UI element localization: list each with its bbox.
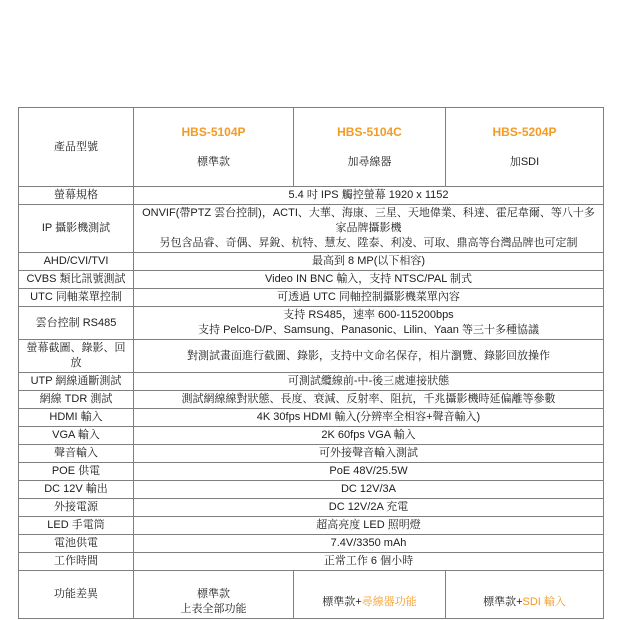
- spec-value: 可透過 UTC 同軸控制攝影機菜單內容: [134, 289, 604, 307]
- spec-label: 網線 TDR 測試: [19, 391, 134, 409]
- spec-label: 螢幕截圖、錄影、回放: [19, 340, 134, 373]
- spec-value: Video IN BNC 輸入，支持 NTSC/PAL 制式: [134, 271, 604, 289]
- diff-plain-text: 標準款 上表全部功能: [181, 588, 247, 615]
- feature-diff-wiretracker: 標準款+尋線器功能: [294, 571, 446, 619]
- spec-label: 工作時間: [19, 553, 134, 571]
- spec-label: VGA 輸入: [19, 427, 134, 445]
- spec-label: AHD/CVI/TVI: [19, 253, 134, 271]
- spec-label: 螢幕規格: [19, 187, 134, 205]
- spec-value: 2K 60fps VGA 輸入: [134, 427, 604, 445]
- feature-diff-row: 功能差異 標準款 上表全部功能 標準款+尋線器功能 標準款+SDI 輸入: [19, 571, 604, 619]
- spec-row: IP 攝影機測試ONVIF(帶PTZ 雲台控制)，ACTI、大華、海康、三星、天…: [19, 205, 604, 253]
- spec-value: 4K 30fps HDMI 輸入(分辨率全相容+聲音輸入): [134, 409, 604, 427]
- spec-value: 測試網線線對狀態、長度、衰減、反射率、阻抗，千兆攝影機時延偏離等參數: [134, 391, 604, 409]
- spec-label: LED 手電筒: [19, 517, 134, 535]
- spec-label: IP 攝影機測試: [19, 205, 134, 253]
- diff-highlight-text: SDI 輸入: [523, 596, 566, 608]
- diff-highlight-text: 尋線器功能: [362, 596, 417, 608]
- spec-row: CVBS 類比訊號測試Video IN BNC 輸入，支持 NTSC/PAL 制…: [19, 271, 604, 289]
- spec-row: UTP 網線通斷測試可測試纜線前-中-後三處連接狀態: [19, 373, 604, 391]
- product-spec-sheet: 產品型號 HBS-5104P 標準款 HBS-5104C 加尋線器 HBS-52…: [18, 107, 603, 619]
- spec-label: UTP 網線通斷測試: [19, 373, 134, 391]
- spec-label: POE 供電: [19, 463, 134, 481]
- model-variant: 標準款: [137, 155, 290, 170]
- diff-plain-text: 標準款+: [322, 596, 361, 608]
- spec-value: PoE 48V/25.5W: [134, 463, 604, 481]
- spec-value: 對測試畫面進行截圖、錄影，支持中文命名保存，相片瀏覽、錄影回放操作: [134, 340, 604, 373]
- spec-value: 正常工作 6 個小時: [134, 553, 604, 571]
- spec-row: 網線 TDR 測試測試網線線對狀態、長度、衰減、反射率、阻抗，千兆攝影機時延偏離…: [19, 391, 604, 409]
- spec-value: 支持 RS485，速率 600-115200bps 支持 Pelco-D/P、S…: [134, 307, 604, 340]
- spec-value: 7.4V/3350 mAh: [134, 535, 604, 553]
- spec-table: 產品型號 HBS-5104P 標準款 HBS-5104C 加尋線器 HBS-52…: [18, 107, 604, 619]
- model-cell-hbs-5204p: HBS-5204P 加SDI: [446, 108, 604, 187]
- feature-diff-sdi: 標準款+SDI 輸入: [446, 571, 604, 619]
- spec-row: POE 供電PoE 48V/25.5W: [19, 463, 604, 481]
- spec-row: 螢幕截圖、錄影、回放對測試畫面進行截圖、錄影，支持中文命名保存，相片瀏覽、錄影回…: [19, 340, 604, 373]
- spec-label: DC 12V 輸出: [19, 481, 134, 499]
- spec-row: 工作時間正常工作 6 個小時: [19, 553, 604, 571]
- model-header-row: 產品型號 HBS-5104P 標準款 HBS-5104C 加尋線器 HBS-52…: [19, 108, 604, 187]
- spec-row: AHD/CVI/TVI最高到 8 MP(以下相容): [19, 253, 604, 271]
- model-cell-hbs-5104p: HBS-5104P 標準款: [134, 108, 294, 187]
- model-variant: 加尋線器: [297, 155, 442, 170]
- spec-value: 5.4 吋 IPS 觸控螢幕 1920 x 1152: [134, 187, 604, 205]
- spec-row: 螢幕規格5.4 吋 IPS 觸控螢幕 1920 x 1152: [19, 187, 604, 205]
- spec-value: 可測試纜線前-中-後三處連接狀態: [134, 373, 604, 391]
- spec-row: DC 12V 輸出DC 12V/3A: [19, 481, 604, 499]
- model-code: HBS-5104C: [297, 124, 442, 140]
- diff-plain-text: 標準款+: [483, 596, 522, 608]
- spec-value: 最高到 8 MP(以下相容): [134, 253, 604, 271]
- spec-row: UTC 同軸菜單控制可透過 UTC 同軸控制攝影機菜單內容: [19, 289, 604, 307]
- spec-label: 雲台控制 RS485: [19, 307, 134, 340]
- spec-row: 電池供電7.4V/3350 mAh: [19, 535, 604, 553]
- spec-row: 聲音輸入可外接聲音輸入測試: [19, 445, 604, 463]
- spec-label: 聲音輸入: [19, 445, 134, 463]
- spec-row: VGA 輸入2K 60fps VGA 輸入: [19, 427, 604, 445]
- spec-row: LED 手電筒超高亮度 LED 照明燈: [19, 517, 604, 535]
- spec-value: DC 12V/3A: [134, 481, 604, 499]
- spec-value: DC 12V/2A 充電: [134, 499, 604, 517]
- spec-label: 外接電源: [19, 499, 134, 517]
- spec-row: 外接電源DC 12V/2A 充電: [19, 499, 604, 517]
- spec-table-body: 產品型號 HBS-5104P 標準款 HBS-5104C 加尋線器 HBS-52…: [19, 108, 604, 619]
- spec-value: ONVIF(帶PTZ 雲台控制)，ACTI、大華、海康、三星、天地偉業、科達、霍…: [134, 205, 604, 253]
- model-code: HBS-5104P: [137, 124, 290, 140]
- model-code: HBS-5204P: [449, 124, 600, 140]
- spec-label: 電池供電: [19, 535, 134, 553]
- model-variant: 加SDI: [449, 155, 600, 170]
- spec-label: CVBS 類比訊號測試: [19, 271, 134, 289]
- spec-row: 雲台控制 RS485支持 RS485，速率 600-115200bps 支持 P…: [19, 307, 604, 340]
- spec-value: 超高亮度 LED 照明燈: [134, 517, 604, 535]
- feature-diff-label: 功能差異: [19, 571, 134, 619]
- spec-label: UTC 同軸菜單控制: [19, 289, 134, 307]
- spec-row: HDMI 輸入4K 30fps HDMI 輸入(分辨率全相容+聲音輸入): [19, 409, 604, 427]
- product-model-header-label: 產品型號: [19, 108, 134, 187]
- spec-value: 可外接聲音輸入測試: [134, 445, 604, 463]
- model-cell-hbs-5104c: HBS-5104C 加尋線器: [294, 108, 446, 187]
- feature-diff-standard: 標準款 上表全部功能: [134, 571, 294, 619]
- spec-label: HDMI 輸入: [19, 409, 134, 427]
